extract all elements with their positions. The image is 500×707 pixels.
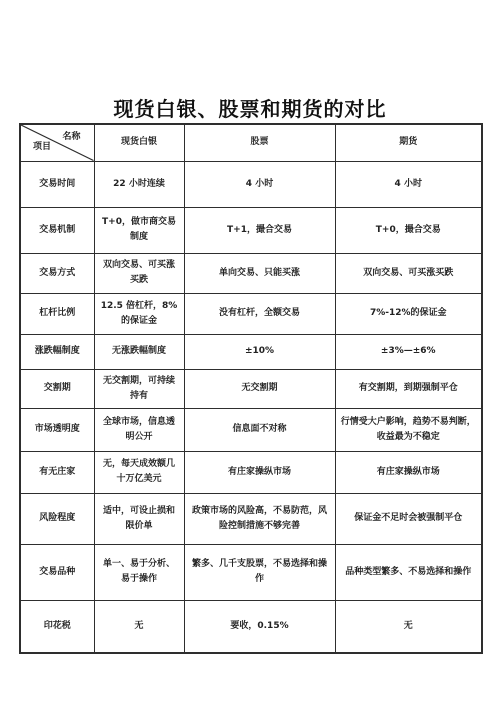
table-row-price-limit: 涨跌幅制度 无涨跌幅制度 ±10% ±3%—±6% [20, 334, 482, 369]
row-label: 涨跌幅制度 [20, 334, 94, 369]
row-label: 交易品种 [20, 544, 94, 600]
table-row-trading-hours: 交易时间 22 小时连续 4 小时 4 小时 [20, 161, 482, 207]
cell-futures: 有交割期，到期强制平仓 [335, 369, 482, 408]
table-row-risk-level: 风险程度 适中，可设止损和限价单 政策市场的风险高，不易防范，风险控制措施不够完… [20, 493, 482, 544]
table-row-market-makers: 有无庄家 无，每天成效额几十万亿美元 有庄家操纵市场 有庄家操纵市场 [20, 451, 482, 493]
cell-futures: 双向交易、可买涨买跌 [335, 253, 482, 293]
cell-spot-silver: 全球市场，信息透明公开 [94, 408, 184, 451]
cell-stocks: 政策市场的风险高，不易防范，风险控制措施不够完善 [184, 493, 335, 544]
row-label: 风险程度 [20, 493, 94, 544]
cell-futures: 无 [335, 600, 482, 653]
cell-spot-silver: 12.5 倍杠杆，8%的保证金 [94, 293, 184, 334]
cell-futures: 品种类型繁多、不易选择和操作 [335, 544, 482, 600]
comparison-table: 名称 项目 现货白银 股票 期货 交易时间 22 小时连续 4 小时 4 小时 … [19, 123, 483, 654]
cell-spot-silver: 无，每天成效额几十万亿美元 [94, 451, 184, 493]
cell-spot-silver: 无涨跌幅制度 [94, 334, 184, 369]
cell-stocks: 单向交易、只能买涨 [184, 253, 335, 293]
header-row: 名称 项目 现货白银 股票 期货 [20, 124, 482, 161]
corner-label-item: 项目 [33, 140, 51, 155]
page-title: 现货白银、股票和期货的对比 [0, 93, 500, 122]
cell-futures: ±3%—±6% [335, 334, 482, 369]
row-label: 交割期 [20, 369, 94, 408]
column-header-spot-silver: 现货白银 [94, 124, 184, 161]
table-row-leverage: 杠杆比例 12.5 倍杠杆，8%的保证金 没有杠杆，全额交易 7%-12%的保证… [20, 293, 482, 334]
cell-futures: 7%-12%的保证金 [335, 293, 482, 334]
cell-stocks: 要收，0.15% [184, 600, 335, 653]
cell-stocks: 信息面不对称 [184, 408, 335, 451]
row-label: 交易时间 [20, 161, 94, 207]
table-row-trading-mechanism: 交易机制 T+0，做市商交易制度 T+1，撮合交易 T+0，撮合交易 [20, 207, 482, 253]
cell-stocks: ±10% [184, 334, 335, 369]
row-label: 交易方式 [20, 253, 94, 293]
cell-stocks: T+1，撮合交易 [184, 207, 335, 253]
cell-futures: 行情受大户影响，趋势不易判断，收益最为不稳定 [335, 408, 482, 451]
cell-stocks: 有庄家操纵市场 [184, 451, 335, 493]
row-label: 交易机制 [20, 207, 94, 253]
cell-spot-silver: 单一、易于分析、易于操作 [94, 544, 184, 600]
row-label: 印花税 [20, 600, 94, 653]
table-row-trading-direction: 交易方式 双向交易、可买涨买跌 单向交易、只能买涨 双向交易、可买涨买跌 [20, 253, 482, 293]
corner-header-cell: 名称 项目 [20, 124, 94, 161]
column-header-stocks: 股票 [184, 124, 335, 161]
cell-spot-silver: T+0，做市商交易制度 [94, 207, 184, 253]
row-label: 杠杆比例 [20, 293, 94, 334]
table-row-market-transparency: 市场透明度 全球市场，信息透明公开 信息面不对称 行情受大户影响，趋势不易判断，… [20, 408, 482, 451]
cell-spot-silver: 无交割期，可持续持有 [94, 369, 184, 408]
cell-spot-silver: 22 小时连续 [94, 161, 184, 207]
diagonal-divider-line [21, 125, 94, 161]
cell-stocks: 无交割期 [184, 369, 335, 408]
cell-stocks: 没有杠杆，全额交易 [184, 293, 335, 334]
cell-spot-silver: 适中，可设止损和限价单 [94, 493, 184, 544]
cell-futures: 有庄家操纵市场 [335, 451, 482, 493]
cell-stocks: 4 小时 [184, 161, 335, 207]
row-label: 有无庄家 [20, 451, 94, 493]
cell-futures: 4 小时 [335, 161, 482, 207]
cell-spot-silver: 无 [94, 600, 184, 653]
document-page: 现货白银、股票和期货的对比 名称 项目 现货白银 股票 期货 交易时间 22 小… [0, 0, 500, 707]
row-label: 市场透明度 [20, 408, 94, 451]
cell-futures: 保证金不足时会被强制平仓 [335, 493, 482, 544]
cell-spot-silver: 双向交易、可买涨买跌 [94, 253, 184, 293]
table-row-delivery-period: 交割期 无交割期，可持续持有 无交割期 有交割期，到期强制平仓 [20, 369, 482, 408]
column-header-futures: 期货 [335, 124, 482, 161]
cell-stocks: 繁多、几千支股票，不易选择和操作 [184, 544, 335, 600]
cell-futures: T+0，撮合交易 [335, 207, 482, 253]
table-row-trading-varieties: 交易品种 单一、易于分析、易于操作 繁多、几千支股票，不易选择和操作 品种类型繁… [20, 544, 482, 600]
table-row-stamp-duty: 印花税 无 要收，0.15% 无 [20, 600, 482, 653]
corner-label-name: 名称 [62, 130, 80, 145]
